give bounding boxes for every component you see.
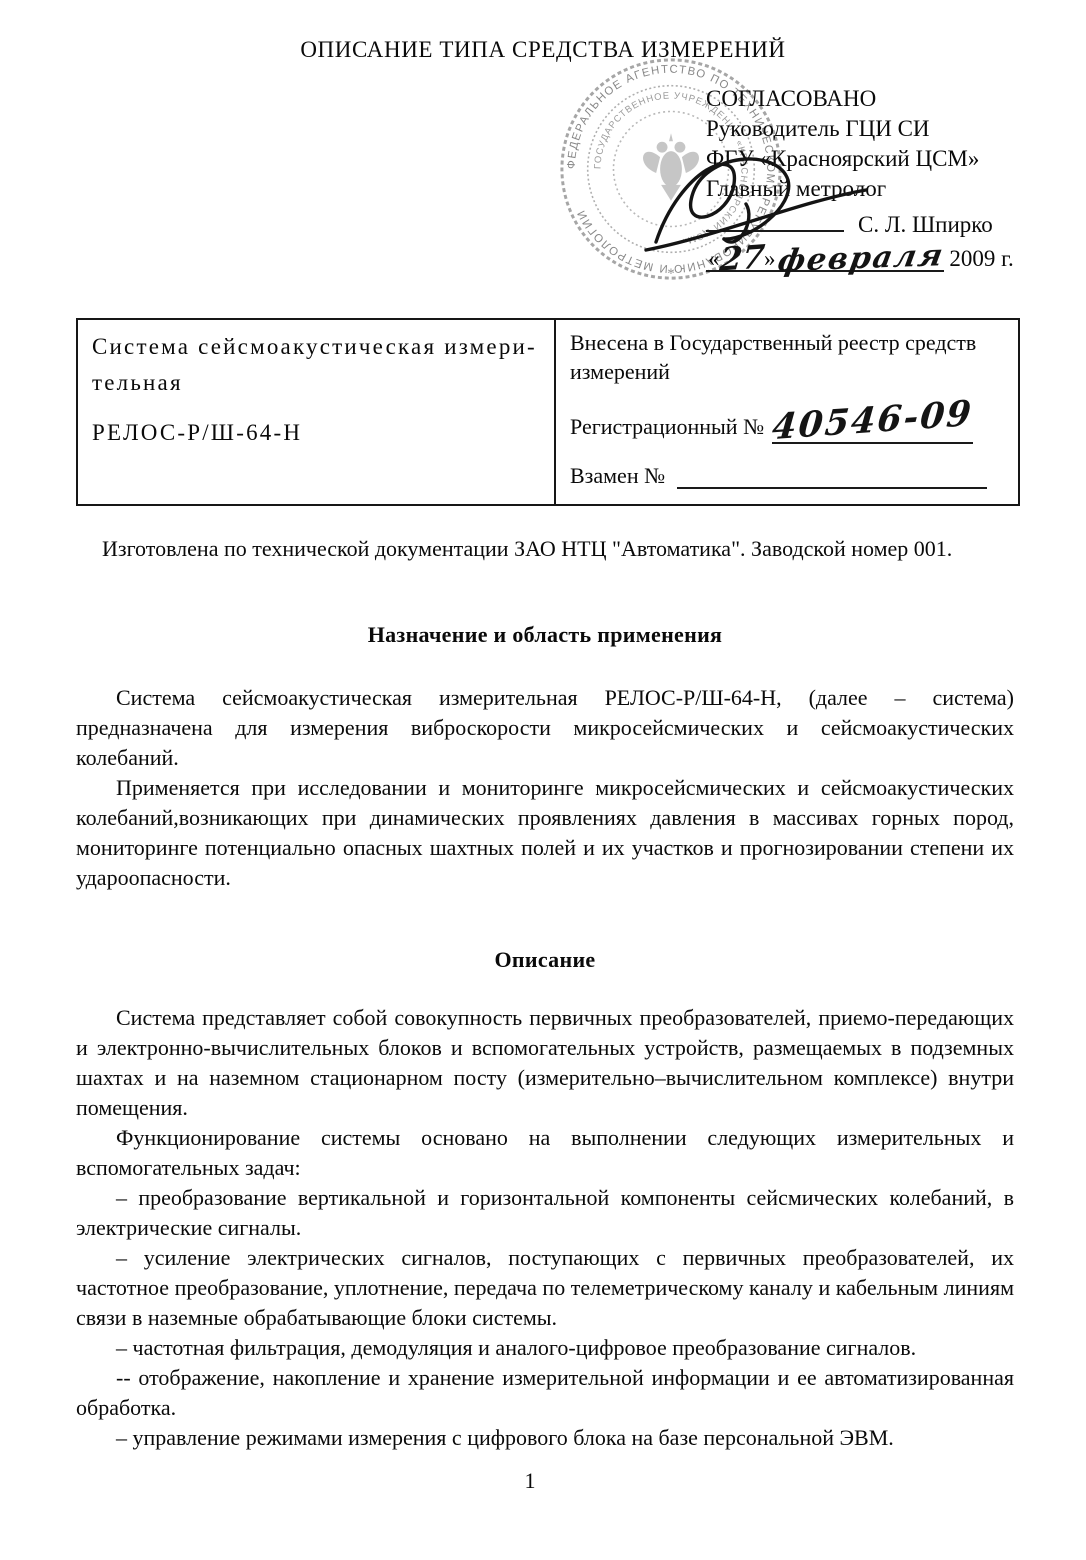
paragraph: Система сейсмоакустическая измерительная… [76, 683, 1014, 773]
signature-line [706, 210, 844, 232]
quote-close: » [764, 246, 776, 271]
date-year: 2009 г. [949, 246, 1013, 271]
instrument-name-line1: Система сейсмоакустическая измери- [92, 329, 540, 365]
paragraph: Функционирование системы основано на вып… [76, 1123, 1014, 1183]
double-headed-eagle-emblem [643, 133, 699, 200]
registry-statement: Внесена в Государственный реестр средств… [570, 328, 1004, 386]
approval-status: СОГЛАСОВАНО [706, 84, 1036, 114]
handwritten-month: февраля [776, 248, 945, 270]
approver-name: С. Л. Шпирко [858, 212, 993, 237]
paragraph: – управление режимами измерения с цифров… [76, 1423, 1014, 1453]
quote-open: « [708, 246, 720, 271]
seal-star-glyph: * [667, 266, 674, 282]
registration-cell: Внесена в Государственный реестр средств… [556, 320, 1018, 504]
instrument-name-cell: Система сейсмоакустическая измери- тельн… [78, 320, 556, 504]
registration-number-row: Регистрационный №40546-09 [570, 412, 1004, 444]
paragraph: – преобразование вертикальной и горизонт… [76, 1183, 1014, 1243]
document-title: ОПИСАНИЕ ТИПА СРЕДСТВА ИЗМЕРЕНИЙ [0, 37, 1086, 63]
instrument-model: РЕЛОС-Р/Ш-64-Н [92, 415, 540, 451]
replaces-row: Взамен № [570, 461, 1004, 490]
handwritten-day: 27 [719, 247, 765, 268]
signature-row: С. Л. Шпирко [706, 210, 1036, 240]
paragraph: – усиление электрических сигналов, посту… [76, 1243, 1014, 1333]
instrument-name-line2: тельная [92, 365, 540, 401]
date-month-line: февраля [778, 244, 944, 272]
paragraph: – частотная фильтрация, демодуляция и ан… [76, 1333, 1014, 1363]
approver-role-line2: Главный метролог [706, 174, 1036, 204]
approver-organization: ФГУ «Красноярский ЦСМ» [706, 144, 1036, 174]
registration-table: Система сейсмоакустическая измери- тельн… [76, 318, 1020, 506]
document-page: ОПИСАНИЕ ТИПА СРЕДСТВА ИЗМЕРЕНИЙ ФЕДЕРАЛ… [0, 0, 1086, 1560]
section-title-description: Описание [76, 945, 1014, 975]
registration-number-line: 40546-09 [772, 412, 973, 444]
approval-block: СОГЛАСОВАНО Руководитель ГЦИ СИ ФГУ «Кра… [706, 84, 1036, 274]
date-day-line: «27» [706, 244, 778, 272]
approver-role-line1: Руководитель ГЦИ СИ [706, 114, 1036, 144]
handwritten-registration-number: 40546-09 [772, 406, 974, 436]
paragraph: Применяется при исследовании и мониторин… [76, 773, 1014, 893]
approval-date-row: «27»февраля 2009 г. [706, 244, 1036, 274]
registration-label: Регистрационный № [570, 414, 764, 439]
page-number: 1 [0, 1468, 1060, 1494]
manufactured-note: Изготовлена по технической документации … [76, 534, 1016, 564]
replaces-label: Взамен № [570, 461, 665, 490]
replaces-blank-line [677, 461, 987, 489]
section-title-purpose: Назначение и область применения [76, 620, 1014, 650]
paragraph: -- отображение, накопление и хранение из… [76, 1363, 1014, 1423]
paragraph: Система представляет собой совокупность … [76, 1003, 1014, 1123]
document-body: Назначение и область применения Система … [76, 612, 1014, 1453]
